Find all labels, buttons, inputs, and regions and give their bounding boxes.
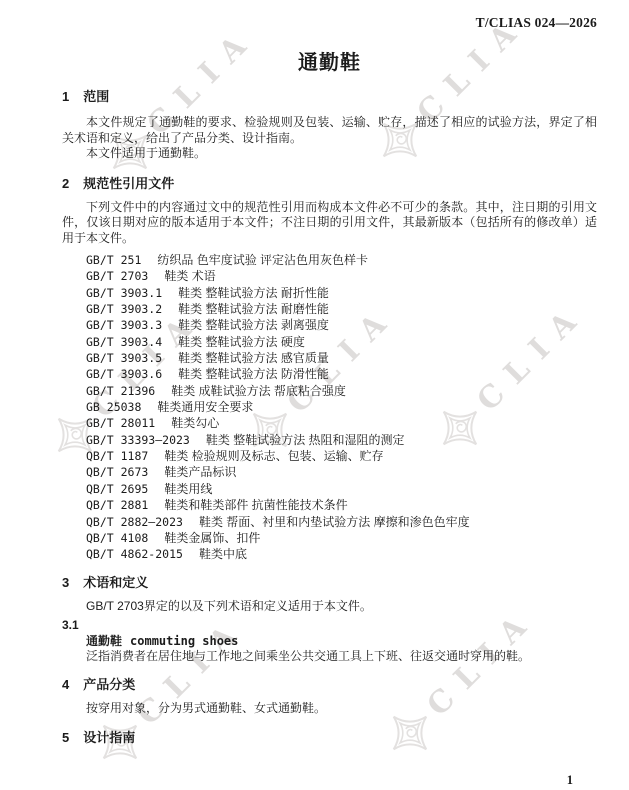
document-content: T/CLIAS 024—2026 通勤鞋 1范围 本文件规定了通勤鞋的要求、检验…: [0, 0, 629, 746]
reference-item: GB/T 2703鞋类 术语: [62, 268, 597, 284]
page-number: 1: [567, 773, 573, 788]
reference-title: 鞋类通用安全要求: [157, 400, 253, 414]
section-number: 5: [62, 730, 69, 746]
reference-code: GB/T 3903.6: [86, 367, 162, 381]
doc-number: T/CLIAS 024—2026: [62, 0, 597, 31]
reference-item: GB/T 21396鞋类 成鞋试验方法 帮底粘合强度: [62, 383, 597, 399]
reference-title: 纺织品 色牢度试验 评定沾色用灰色样卡: [157, 253, 368, 267]
section-title: 设计指南: [83, 730, 135, 745]
reference-item: GB 25038鞋类通用安全要求: [62, 399, 597, 415]
reference-item: QB/T 1187鞋类 检验规则及标志、包装、运输、贮存: [62, 448, 597, 464]
reference-title: 鞋类产品标识: [164, 465, 236, 479]
reference-title: 鞋类 成鞋试验方法 帮底粘合强度: [171, 384, 346, 398]
section-heading-design: 5设计指南: [62, 730, 597, 746]
reference-item: QB/T 2882—2023鞋类 帮面、衬里和内垫试验方法 摩擦和渗色色牢度: [62, 514, 597, 530]
reference-code: GB/T 3903.1: [86, 286, 162, 300]
reference-code: GB/T 251: [86, 253, 141, 267]
reference-code: QB/T 1187: [86, 449, 148, 463]
term-entry: 通勤鞋commuting shoes: [62, 634, 597, 650]
term-en: commuting shoes: [130, 634, 238, 648]
section-title: 范围: [83, 89, 109, 104]
reference-item: GB/T 3903.4鞋类 整鞋试验方法 硬度: [62, 334, 597, 350]
reference-code: QB/T 2882—2023: [86, 515, 183, 529]
section-title: 术语和定义: [83, 575, 148, 590]
section-number: 4: [62, 677, 69, 693]
section-title: 产品分类: [83, 677, 135, 692]
scope-paragraph-2: 本文件适用于通勤鞋。: [62, 146, 597, 162]
section-heading-normative: 2规范性引用文件: [62, 176, 597, 192]
reference-item: GB/T 3903.5鞋类 整鞋试验方法 感官质量: [62, 350, 597, 366]
section-number: 2: [62, 176, 69, 192]
reference-item: QB/T 2673鞋类产品标识: [62, 464, 597, 480]
reference-code: QB/T 4862-2015: [86, 547, 183, 561]
reference-item: GB/T 3903.6鞋类 整鞋试验方法 防滑性能: [62, 366, 597, 382]
reference-title: 鞋类和鞋类部件 抗菌性能技术条件: [164, 498, 347, 512]
reference-item: GB/T 3903.2鞋类 整鞋试验方法 耐磨性能: [62, 301, 597, 317]
reference-code: GB/T 3903.5: [86, 351, 162, 365]
term-definition: 泛指消费者在居住地与工作地之间乘坐公共交通工具上下班、往返交通时穿用的鞋。: [62, 649, 597, 665]
reference-code: QB/T 2695: [86, 482, 148, 496]
reference-code: GB/T 2703: [86, 269, 148, 283]
reference-code: GB/T 33393—2023: [86, 433, 190, 447]
reference-item: GB/T 251纺织品 色牢度试验 评定沾色用灰色样卡: [62, 252, 597, 268]
section-number: 3: [62, 575, 69, 591]
reference-code: QB/T 4108: [86, 531, 148, 545]
reference-item: QB/T 4108鞋类金属饰、扣件: [62, 530, 597, 546]
reference-title: 鞋类用线: [164, 482, 212, 496]
reference-title: 鞋类 整鞋试验方法 剥离强度: [178, 318, 329, 332]
document-page: CLIA CLIA CLIA CLIA: [0, 0, 629, 790]
reference-code: GB/T 3903.3: [86, 318, 162, 332]
reference-title: 鞋类 整鞋试验方法 热阻和湿阻的测定: [206, 433, 405, 447]
reference-code: GB/T 3903.4: [86, 335, 162, 349]
section-heading-classification: 4产品分类: [62, 677, 597, 693]
reference-item: GB/T 33393—2023鞋类 整鞋试验方法 热阻和湿阻的测定: [62, 432, 597, 448]
reference-code: GB/T 3903.2: [86, 302, 162, 316]
reference-title: 鞋类 整鞋试验方法 耐磨性能: [178, 302, 329, 316]
reference-code: GB/T 21396: [86, 384, 155, 398]
reference-item: GB/T 28011鞋类勾心: [62, 415, 597, 431]
scope-paragraph-1: 本文件规定了通勤鞋的要求、检验规则及包装、运输、贮存，描述了相应的试验方法，界定…: [62, 115, 597, 146]
reference-title: 鞋类 帮面、衬里和内垫试验方法 摩擦和渗色色牢度: [199, 515, 470, 529]
reference-title: 鞋类金属饰、扣件: [164, 531, 260, 545]
reference-item: GB/T 3903.1鞋类 整鞋试验方法 耐折性能: [62, 285, 597, 301]
reference-title: 鞋类 检验规则及标志、包装、运输、贮存: [164, 449, 383, 463]
section-number: 1: [62, 89, 69, 105]
reference-title: 鞋类勾心: [171, 416, 219, 430]
reference-list: GB/T 251纺织品 色牢度试验 评定沾色用灰色样卡 GB/T 2703鞋类 …: [62, 252, 597, 563]
reference-code: GB 25038: [86, 400, 141, 414]
reference-item: QB/T 2881鞋类和鞋类部件 抗菌性能技术条件: [62, 497, 597, 513]
page-title: 通勤鞋: [62, 50, 597, 76]
reference-title: 鞋类 整鞋试验方法 感官质量: [178, 351, 329, 365]
term-zh: 通勤鞋: [86, 634, 122, 648]
reference-title: 鞋类 整鞋试验方法 耐折性能: [178, 286, 329, 300]
section-heading-scope: 1范围: [62, 89, 597, 105]
reference-item: GB/T 3903.3鞋类 整鞋试验方法 剥离强度: [62, 317, 597, 333]
reference-title: 鞋类 术语: [164, 269, 215, 283]
reference-title: 鞋类中底: [199, 547, 247, 561]
section-heading-terms: 3术语和定义: [62, 575, 597, 591]
reference-code: QB/T 2673: [86, 465, 148, 479]
classification-paragraph: 按穿用对象，分为男式通勤鞋、女式通勤鞋。: [62, 701, 597, 717]
reference-code: GB/T 28011: [86, 416, 155, 430]
terms-intro: GB/T 2703界定的以及下列术语和定义适用于本文件。: [62, 599, 597, 615]
reference-item: QB/T 2695鞋类用线: [62, 481, 597, 497]
reference-title: 鞋类 整鞋试验方法 硬度: [178, 335, 305, 349]
reference-title: 鞋类 整鞋试验方法 防滑性能: [178, 367, 329, 381]
term-item-number: 3.1: [62, 618, 597, 634]
normative-intro: 下列文件中的内容通过文中的规范性引用而构成本文件必不可少的条款。其中，注日期的引…: [62, 200, 597, 247]
reference-code: QB/T 2881: [86, 498, 148, 512]
section-title: 规范性引用文件: [83, 176, 174, 191]
reference-item: QB/T 4862-2015鞋类中底: [62, 546, 597, 562]
